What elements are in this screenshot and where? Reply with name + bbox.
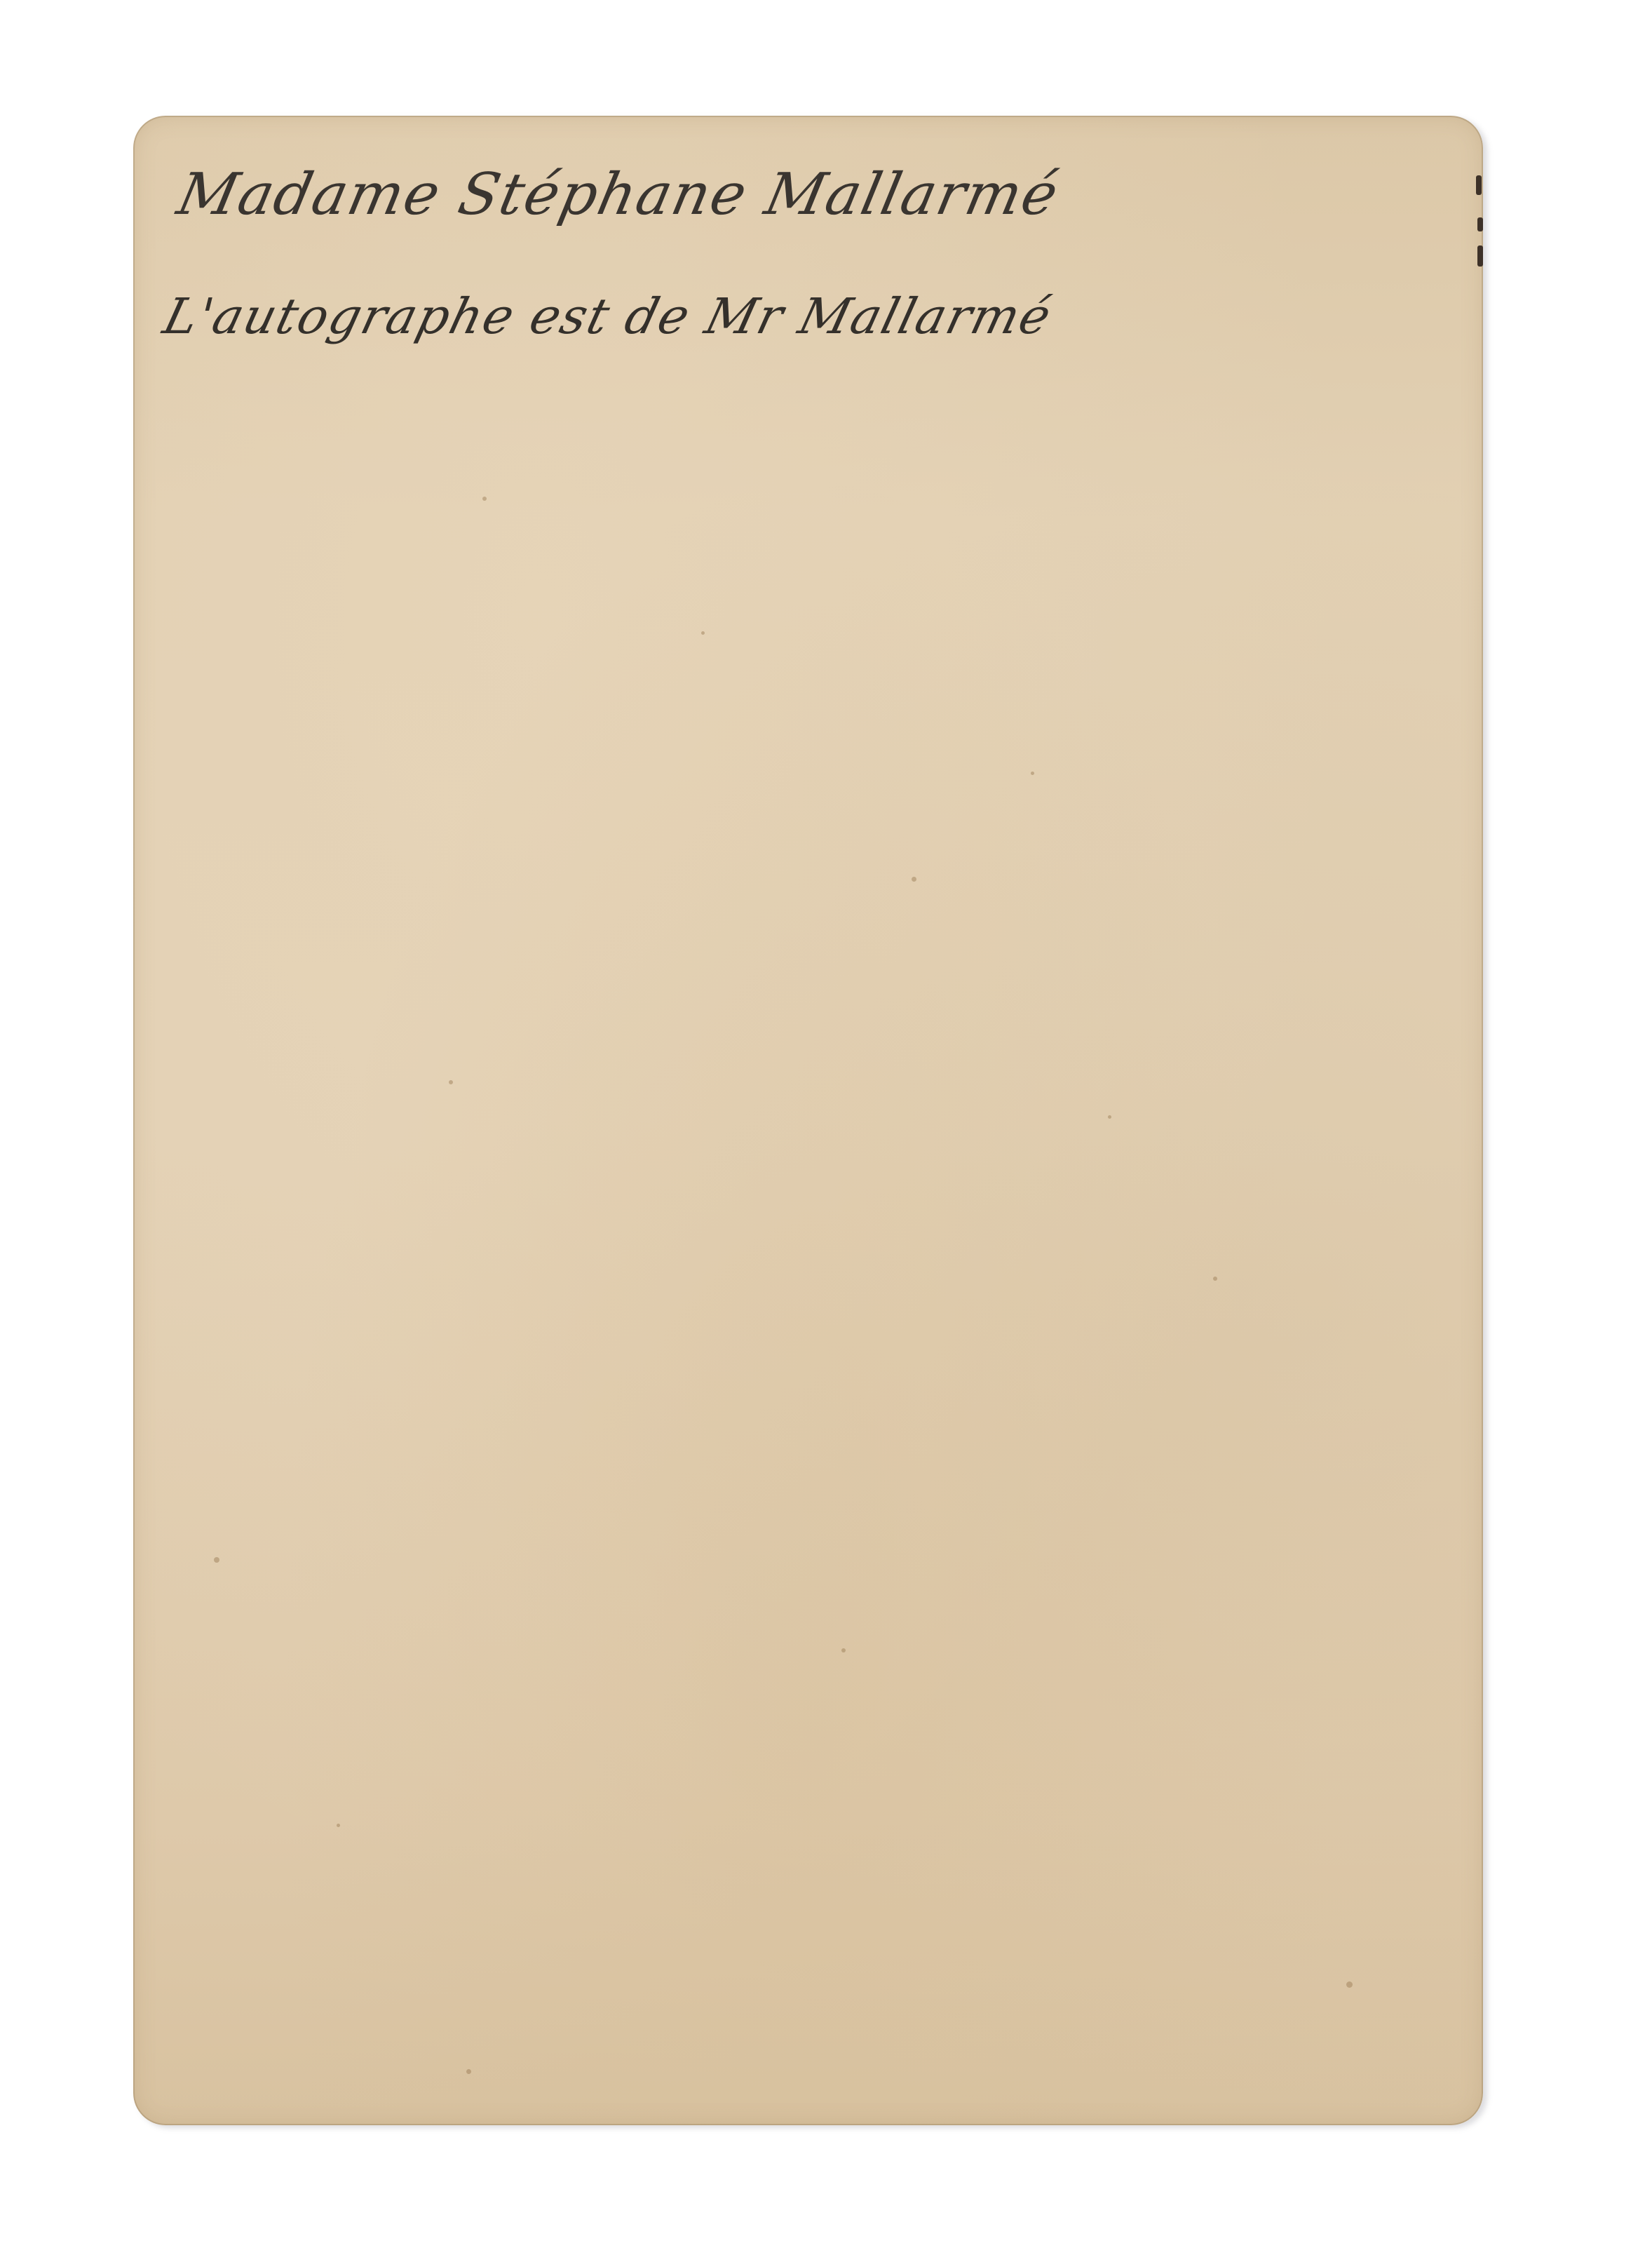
foxing-spot <box>841 1648 846 1652</box>
cabinet-card-back <box>133 116 1483 2125</box>
foxing-spot <box>1346 1981 1353 1988</box>
foxing-spot <box>214 1557 219 1563</box>
inscription-line-1: Madame Stéphane Mallarmé <box>172 161 1065 228</box>
foxing-spot <box>337 1824 340 1827</box>
foxing-spot <box>1213 1277 1217 1281</box>
edge-damage <box>1476 175 1482 195</box>
edge-damage <box>1477 217 1483 231</box>
foxing-spot <box>1031 772 1034 775</box>
foxing-spot <box>482 497 487 501</box>
foxing-spot <box>449 1080 453 1084</box>
inscription-line-2: L'autographe est de Mr Mallarmé <box>158 288 1058 345</box>
foxing-spot <box>701 631 705 635</box>
foxing-spot <box>466 2069 471 2074</box>
foxing-spot <box>912 877 916 882</box>
edge-damage <box>1477 245 1483 267</box>
foxing-spot <box>1108 1115 1111 1119</box>
